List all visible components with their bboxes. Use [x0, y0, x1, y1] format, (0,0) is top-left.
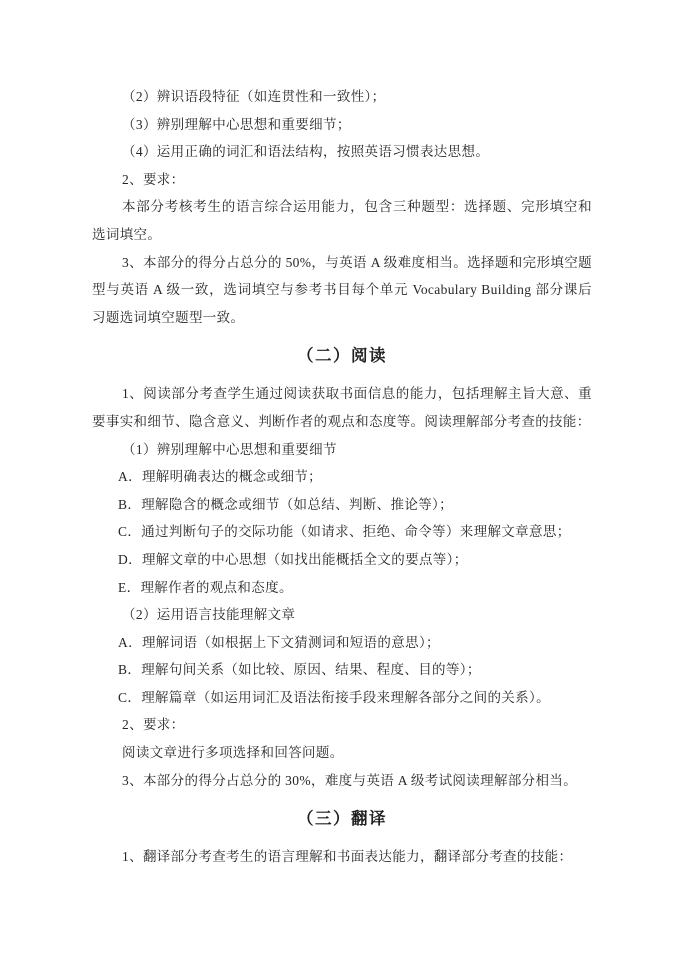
paragraph: A．理解明确表达的概念或细节；	[92, 463, 592, 491]
paragraph: （2）辨识语段特征（如连贯性和一致性）；	[92, 83, 592, 111]
paragraph: C．理解篇章（如运用词汇及语法衔接手段来理解各部分之间的关系）。	[92, 684, 592, 712]
paragraph: （2）运用语言技能理解文章	[92, 601, 592, 629]
paragraph: 2、要求：	[92, 711, 592, 739]
paragraph: 1、翻译部分考查考生的语言理解和书面表达能力，翻译部分考查的技能：	[92, 843, 592, 871]
section-heading: （二）阅读	[92, 341, 592, 371]
paragraph: D．理解文章的中心思想（如找出能概括全文的要点等）；	[92, 546, 592, 574]
paragraph: 本部分考核考生的语言综合运用能力，包含三种题型：选择题、完形填空和选词填空。	[92, 193, 592, 248]
paragraph: （1）辨别理解中心思想和重要细节	[92, 436, 592, 464]
paragraph: 阅读文章进行多项选择和回答问题。	[92, 739, 592, 767]
paragraph: 1、阅读部分考查学生通过阅读获取书面信息的能力，包括理解主旨大意、重要事实和细节…	[92, 380, 592, 435]
paragraph: （4）运用正确的词汇和语法结构，按照英语习惯表达思想。	[92, 138, 592, 166]
paragraph: E．理解作者的观点和态度。	[92, 574, 592, 602]
section-heading: （三）翻译	[92, 804, 592, 834]
paragraph: A．理解词语（如根据上下文猜测词和短语的意思）；	[92, 629, 592, 657]
document-body: （2）辨识语段特征（如连贯性和一致性）；（3）辨别理解中心思想和重要细节；（4）…	[92, 83, 592, 871]
paragraph: 2、要求：	[92, 166, 592, 194]
paragraph: C．通过判断句子的交际功能（如请求、拒绝、命令等）来理解文章意思；	[92, 518, 592, 546]
paragraph: 3、本部分的得分占总分的 30%，难度与英语 A 级考试阅读理解部分相当。	[92, 767, 592, 795]
paragraph: B．理解隐含的概念或细节（如总结、判断、推论等）；	[92, 491, 592, 519]
paragraph: 3、本部分的得分占总分的 50%，与英语 A 级难度相当。选择题和完形填空题型与…	[92, 249, 592, 332]
paragraph: B．理解句间关系（如比较、原因、结果、程度、目的等）；	[92, 656, 592, 684]
paragraph: （3）辨别理解中心思想和重要细节；	[92, 111, 592, 139]
document-page: （2）辨识语段特征（如连贯性和一致性）；（3）辨别理解中心思想和重要细节；（4）…	[0, 0, 695, 958]
